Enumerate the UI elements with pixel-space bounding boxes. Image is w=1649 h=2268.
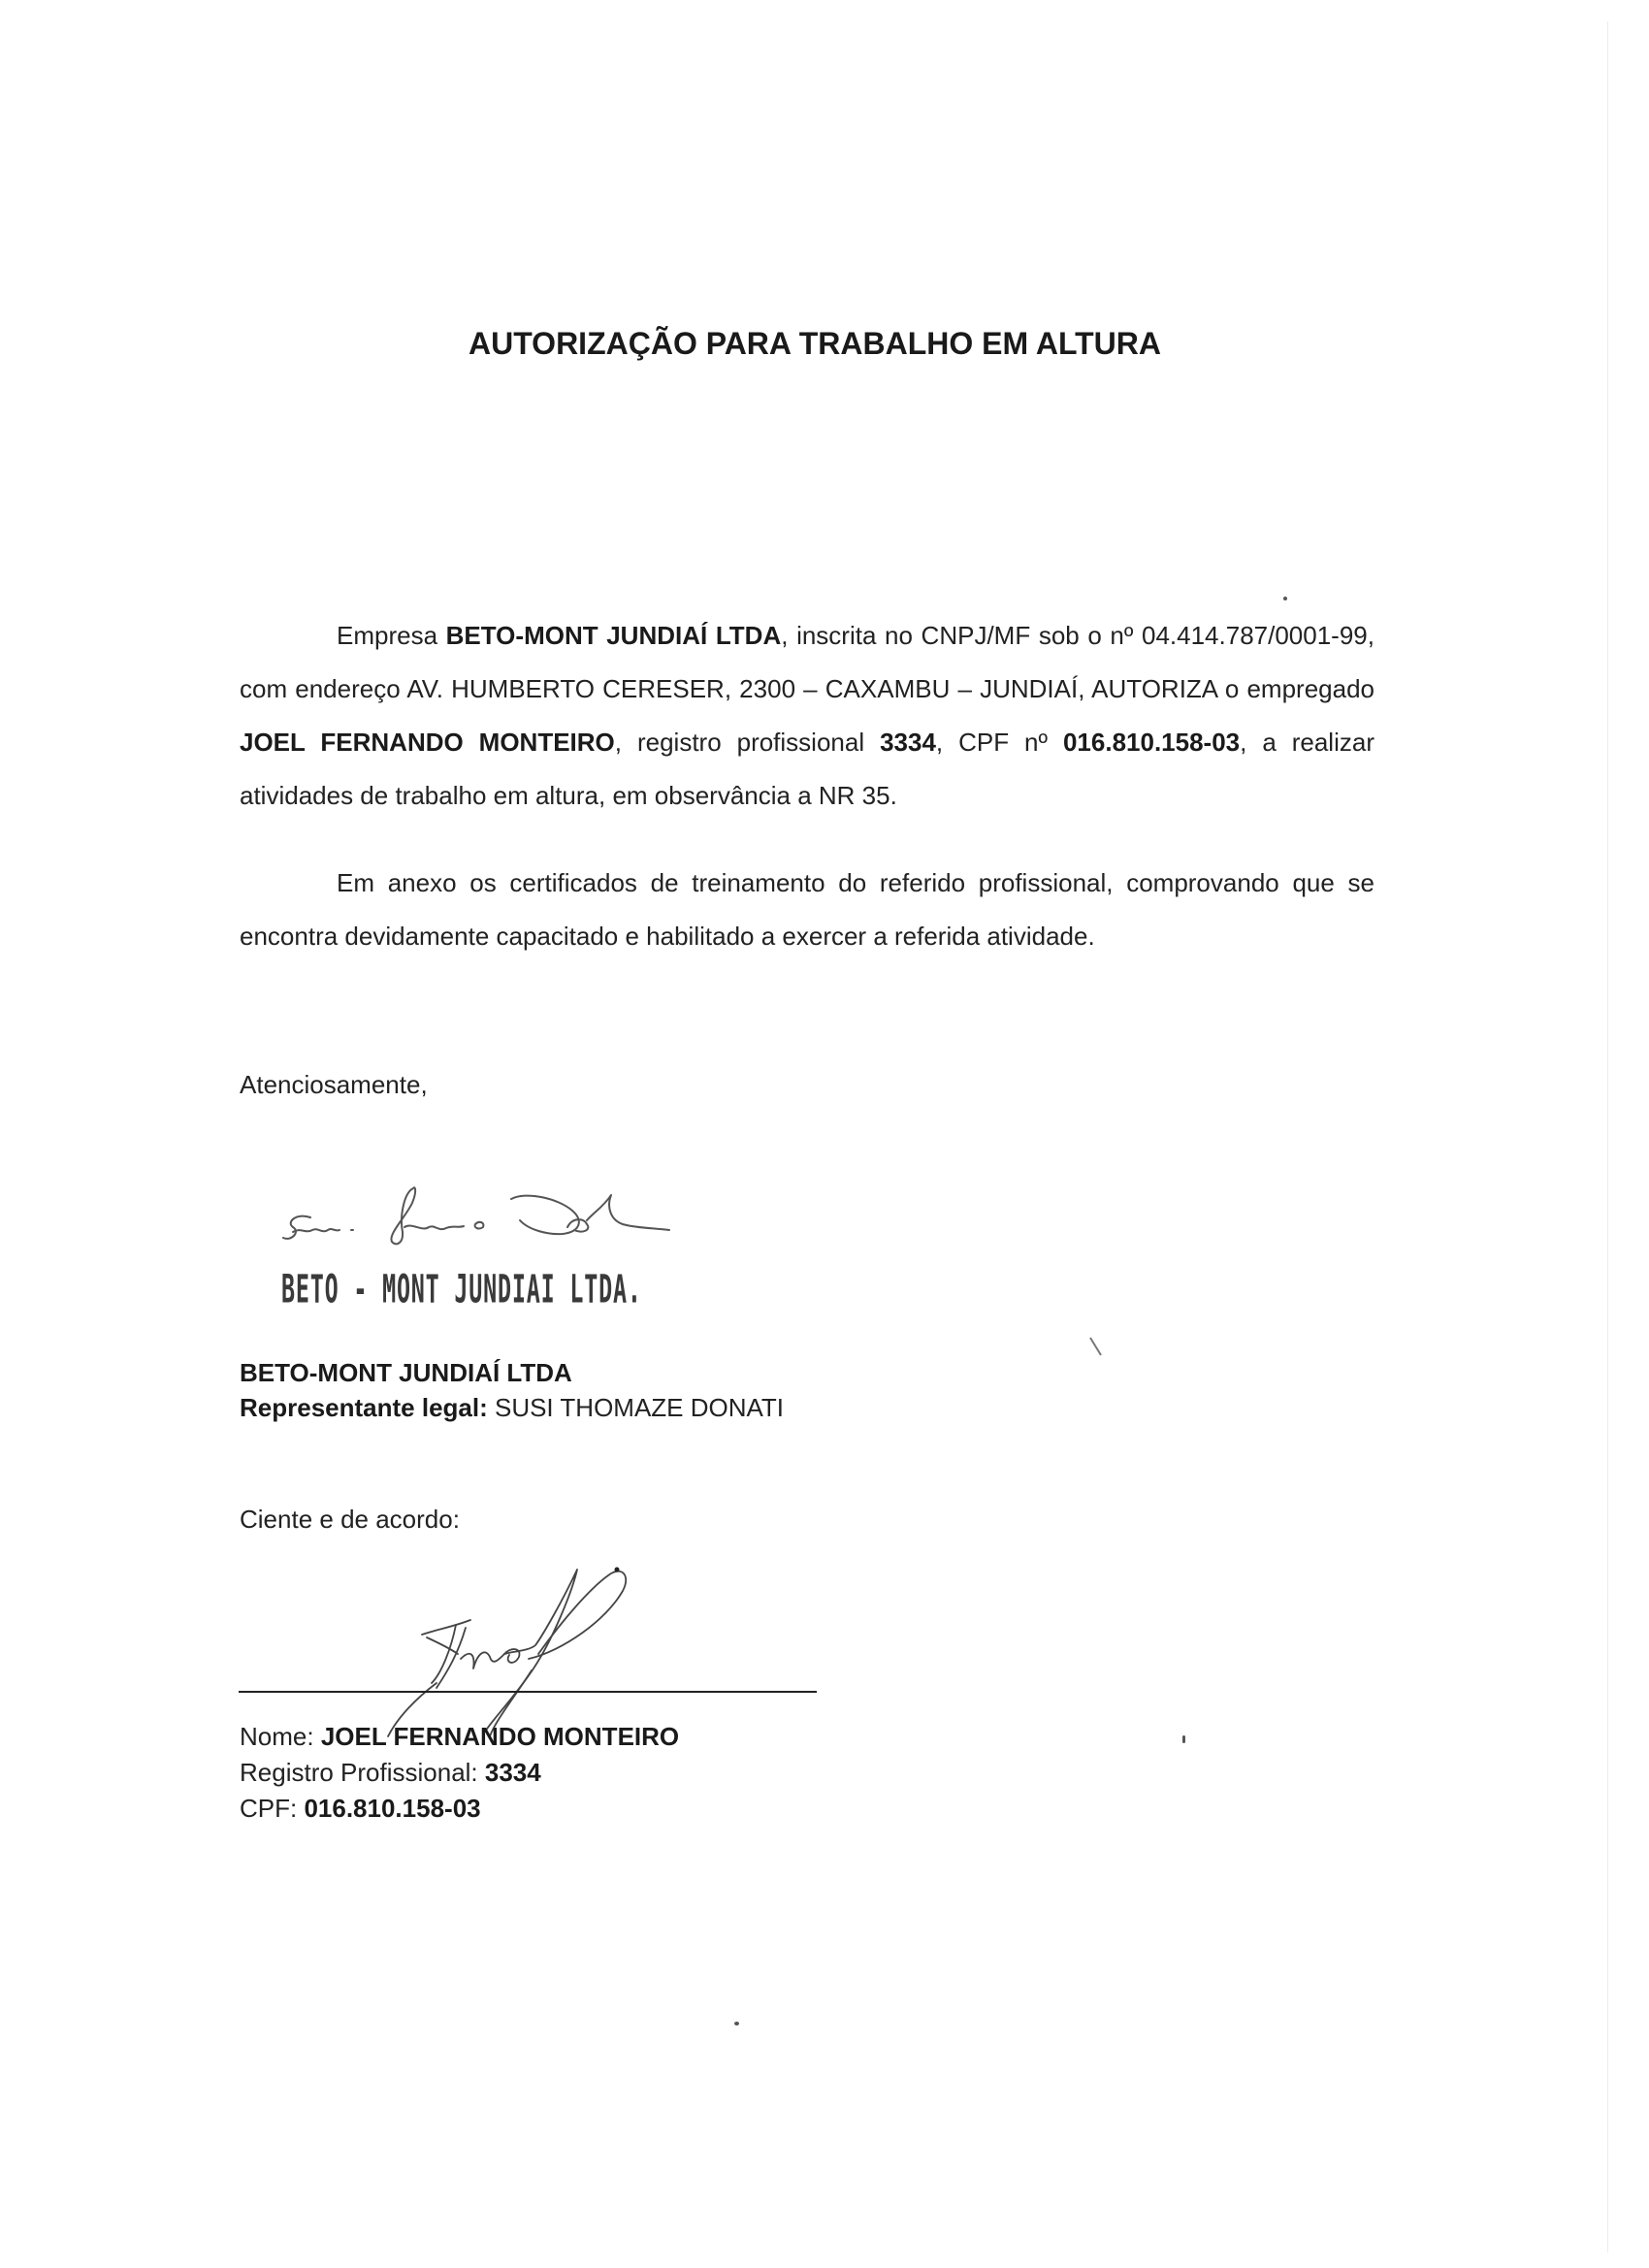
closing: Atenciosamente, (240, 1067, 428, 1102)
rep-label: Representante legal: (240, 1393, 488, 1422)
rep-name: SUSI THOMAZE DONATI (488, 1393, 784, 1422)
legal-representative: Representante legal: SUSI THOMAZE DONATI (240, 1390, 784, 1425)
name-label: Nome: (240, 1722, 321, 1751)
para1-text-4: , CPF nº (936, 728, 1063, 757)
cpf-label: CPF: (240, 1794, 304, 1823)
company-name: BETO-MONT JUNDIAÍ LTDA (446, 621, 782, 650)
scan-speck (1283, 597, 1287, 600)
agreement-label: Ciente e de acordo: (240, 1502, 460, 1537)
signatory-company-name: BETO-MONT JUNDIAÍ LTDA (240, 1355, 572, 1390)
scan-mark (1086, 1334, 1115, 1363)
para1-text-3: , registro profissional (615, 728, 880, 757)
cpf-value: 016.810.158-03 (304, 1794, 480, 1823)
registration-label: Registro Profissional: (240, 1758, 485, 1787)
registration-number: 3334 (880, 728, 936, 757)
employee-cpf-line: CPF: 016.810.158-03 (240, 1791, 481, 1826)
para1-text-1: Empresa (337, 621, 446, 650)
name-value: JOEL FERNANDO MONTEIRO (321, 1722, 679, 1751)
cpf-number: 016.810.158-03 (1063, 728, 1240, 757)
signature-line (239, 1691, 817, 1693)
employee-registration-line: Registro Profissional: 3334 (240, 1755, 541, 1790)
employee-name: JOEL FERNANDO MONTEIRO (240, 728, 615, 757)
registration-value: 3334 (485, 1758, 541, 1787)
attachment-text: Em anexo os certificados de treinamento … (240, 857, 1374, 963)
signatory-company: BETO-MONT JUNDIAÍ LTDA (240, 1358, 572, 1387)
scan-speck (1182, 1735, 1185, 1743)
document-title: AUTORIZAÇÃO PARA TRABALHO EM ALTURA (0, 326, 1630, 362)
company-stamp: BETO - MONT JUNDIAI LTDA. (281, 1267, 642, 1312)
representative-signature (272, 1174, 698, 1271)
attachment-paragraph: Em anexo os certificados de treinamento … (240, 857, 1374, 963)
scan-speck (734, 2022, 739, 2025)
authorization-paragraph: Empresa BETO-MONT JUNDIAÍ LTDA, inscrita… (240, 609, 1374, 823)
employee-name-line: Nome: JOEL FERNANDO MONTEIRO (240, 1719, 679, 1754)
